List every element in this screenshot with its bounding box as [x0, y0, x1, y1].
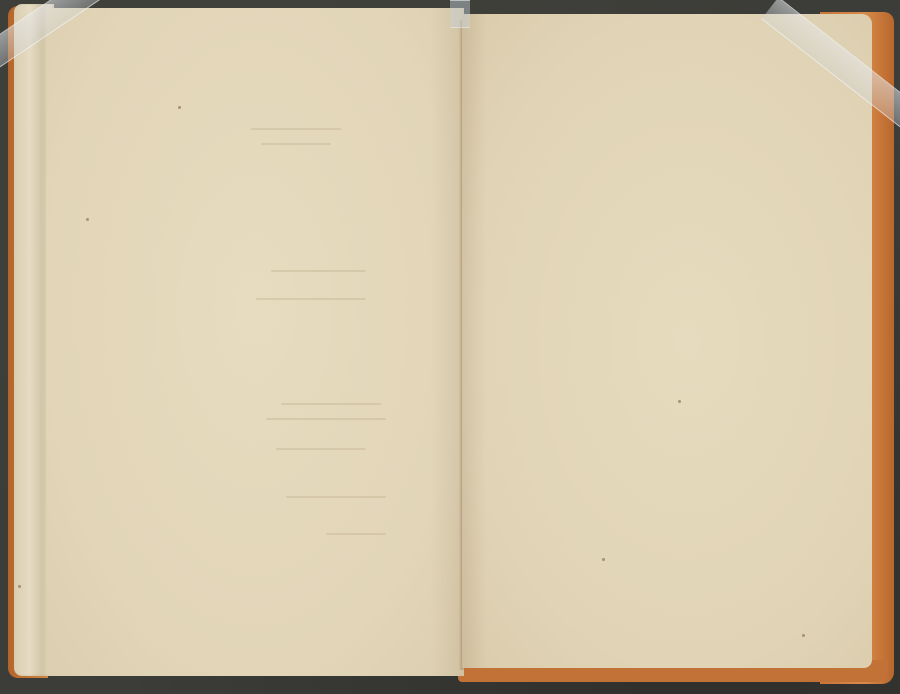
clear-tape-top-center [450, 0, 470, 28]
bleed-through-line [261, 143, 331, 145]
bleed-through-line [251, 128, 341, 130]
bleed-through-line [326, 533, 386, 535]
bleed-through-line [271, 270, 366, 272]
book-photo [0, 0, 900, 694]
paper-speck [678, 400, 681, 403]
bleed-through-line [266, 418, 386, 420]
bleed-through-line [276, 448, 366, 450]
paper-speck [802, 634, 805, 637]
cover-speck [18, 585, 21, 588]
paper-speck [602, 558, 605, 561]
bleed-through-line [281, 403, 381, 405]
right-page [462, 14, 872, 668]
paper-speck [178, 106, 181, 109]
left-page [46, 8, 464, 676]
bleed-through-line [256, 298, 366, 300]
paper-speck [86, 218, 89, 221]
bleed-through-line [286, 496, 386, 498]
